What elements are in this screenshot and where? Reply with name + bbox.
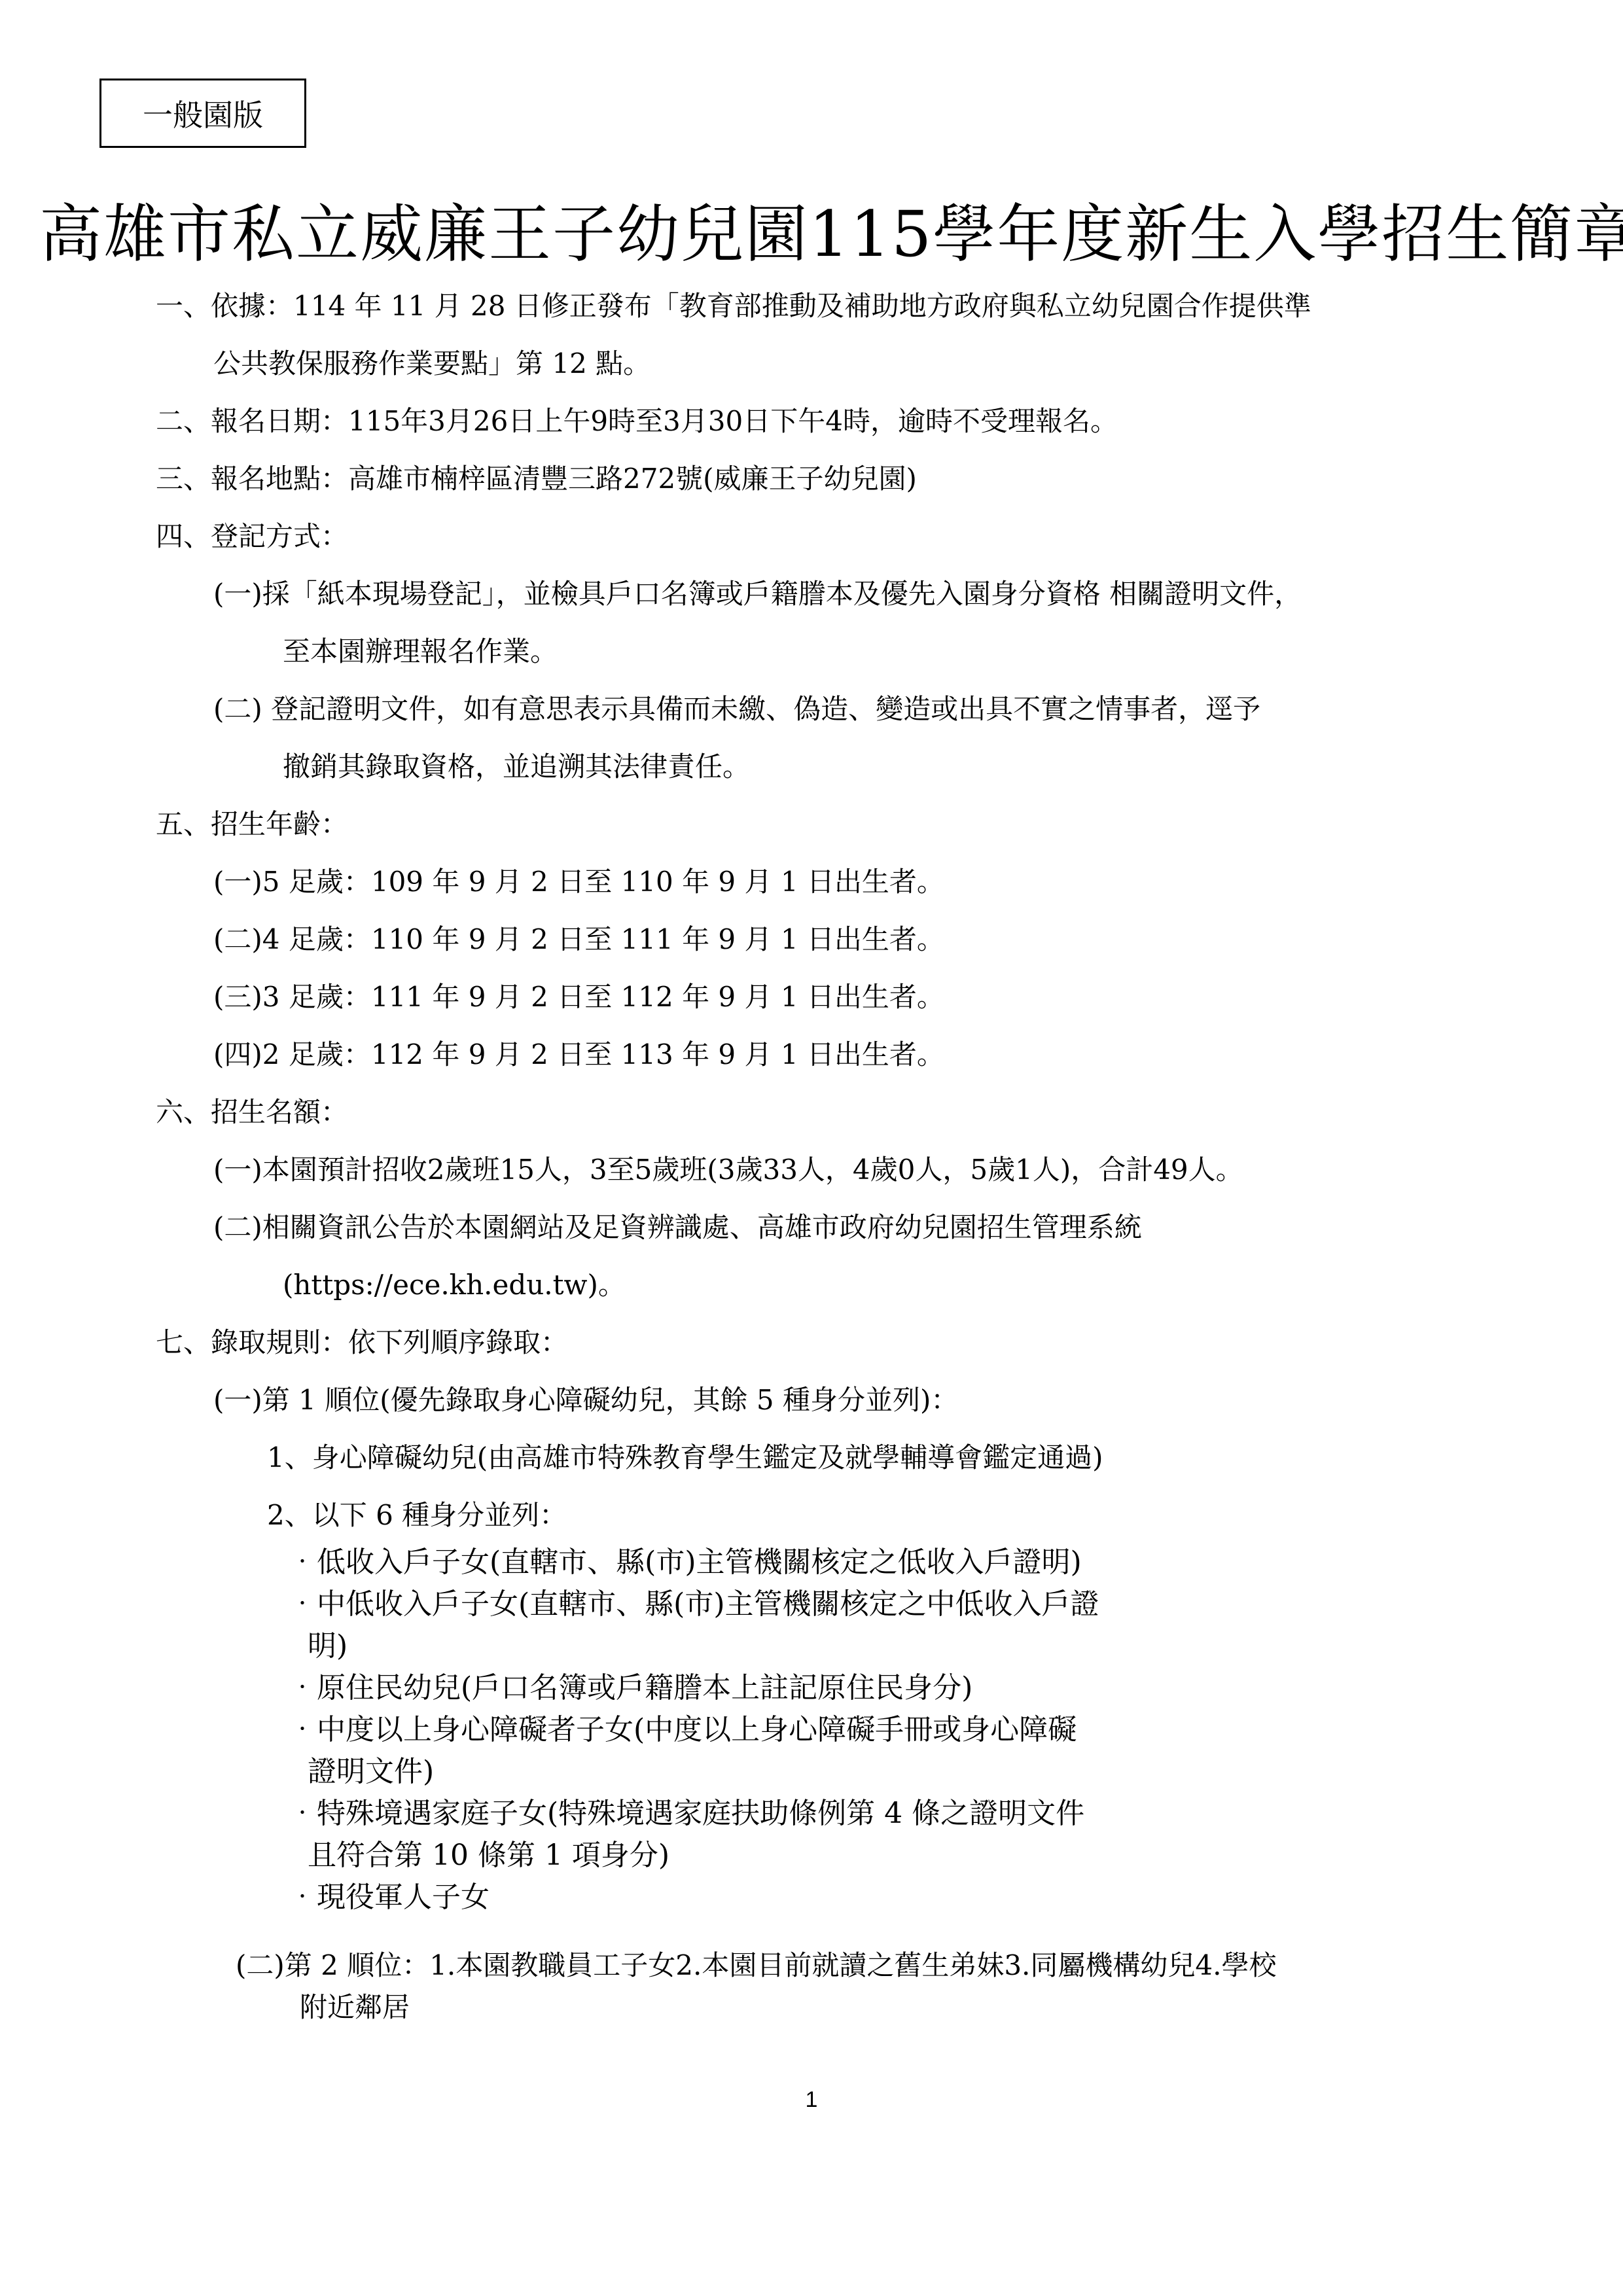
- section-registration-location: 三、報名地點：高雄市楠梓區清豐三路272號(威廉王子幼兒園): [156, 461, 917, 497]
- registration-method-item2-line1: (二) 登記證明文件，如有意思表示具備而未繳、偽造、變造或出具不實之情事者，逕予: [213, 691, 1260, 728]
- priority1-heading: (一)第 1 順位(優先錄取身心障礙幼兒，其餘 5 種身分並列)：: [213, 1382, 958, 1419]
- priority2-line2: 附近鄰居: [300, 1989, 410, 2026]
- identity-bullet: ‧原住民幼兒(戶口名簿或戶籍謄本上註記原住民身分): [288, 1670, 972, 1706]
- age-item: (四)2 足歲：112 年 9 月 2 日至 113 年 9 月 1 日出生者。: [213, 1036, 944, 1073]
- document-title: 高雄市私立威廉王子幼兒園115學年度新生入學招生簡章: [39, 185, 1584, 274]
- priority2-line1: (二)第 2 順位：1.本園教職員工子女2.本園目前就讀之舊生弟妹3.同屬機構幼…: [236, 1947, 1277, 1984]
- section-quota-heading: 六、招生名額：: [156, 1094, 348, 1131]
- identity-bullet: ‧低收入戶子女(直轄市、縣(市)主管機關核定之低收入戶證明): [288, 1544, 1082, 1581]
- section-registration-date: 二、報名日期：115年3月26日上午9時至3月30日下午4時，逾時不受理報名。: [156, 403, 1118, 440]
- section-basis-line1: 一、依據：114 年 11 月 28 日修正發布「教育部推動及補助地方政府與私立…: [156, 288, 1311, 325]
- version-label-box: 一般園版: [99, 79, 306, 148]
- priority1-item2: 2、以下 6 種身分並列：: [267, 1497, 567, 1534]
- age-item: (二)4 足歲：110 年 9 月 2 日至 111 年 9 月 1 日出生者。: [213, 921, 944, 958]
- section-basis-line2: 公共教保服務作業要點」第 12 點。: [213, 345, 651, 382]
- page-number: 1: [0, 2087, 1623, 2113]
- identity-bullet: ‧中低收入戶子女(直轄市、縣(市)主管機關核定之中低收入戶證: [288, 1586, 1099, 1623]
- registration-method-item2-line2: 撤銷其錄取資格，並追溯其法律責任。: [283, 749, 750, 785]
- age-item: (一)5 足歲：109 年 9 月 2 日至 110 年 9 月 1 日出生者。: [213, 864, 944, 900]
- quota-item1: (一)本園預計招收2歲班15人，3至5歲班(3歲33人，4歲0人，5歲1人)，合…: [213, 1152, 1243, 1188]
- identity-bullet: ‧中度以上身心障礙者子女(中度以上身心障礙手冊或身心障礙: [288, 1712, 1077, 1748]
- identity-bullet-cont: 且符合第 10 條第 1 項身分): [308, 1837, 669, 1874]
- section-admission-rules-heading: 七、錄取規則：依下列順序錄取：: [156, 1324, 568, 1361]
- identity-bullet-cont: 證明文件): [308, 1754, 434, 1790]
- section-registration-method-heading: 四、登記方式：: [156, 518, 348, 555]
- priority1-item1: 1、身心障礙幼兒(由高雄市特殊教育學生鑑定及就學輔導會鑑定通過): [267, 1439, 1103, 1476]
- registration-method-item1-line1: (一)採「紙本現場登記」，並檢具戶口名簿或戶籍謄本及優先入園身分資格 相關證明文…: [213, 576, 1302, 612]
- identity-bullet: ‧特殊境遇家庭子女(特殊境遇家庭扶助條例第 4 條之證明文件: [288, 1795, 1084, 1832]
- identity-bullet: ‧現役軍人子女: [288, 1879, 490, 1916]
- quota-item2-url: (https://ece.kh.edu.tw)。: [283, 1267, 626, 1303]
- identity-bullet-cont: 明): [308, 1628, 348, 1665]
- version-label: 一般園版: [143, 92, 263, 135]
- registration-method-item1-line2: 至本園辦理報名作業。: [283, 633, 558, 670]
- quota-item2-line1: (二)相關資訊公告於本園網站及足資辨識處、高雄市政府幼兒園招生管理系統: [213, 1209, 1142, 1246]
- section-enrollment-age-heading: 五、招生年齡：: [156, 806, 348, 843]
- age-item: (三)3 足歲：111 年 9 月 2 日至 112 年 9 月 1 日出生者。: [213, 979, 944, 1016]
